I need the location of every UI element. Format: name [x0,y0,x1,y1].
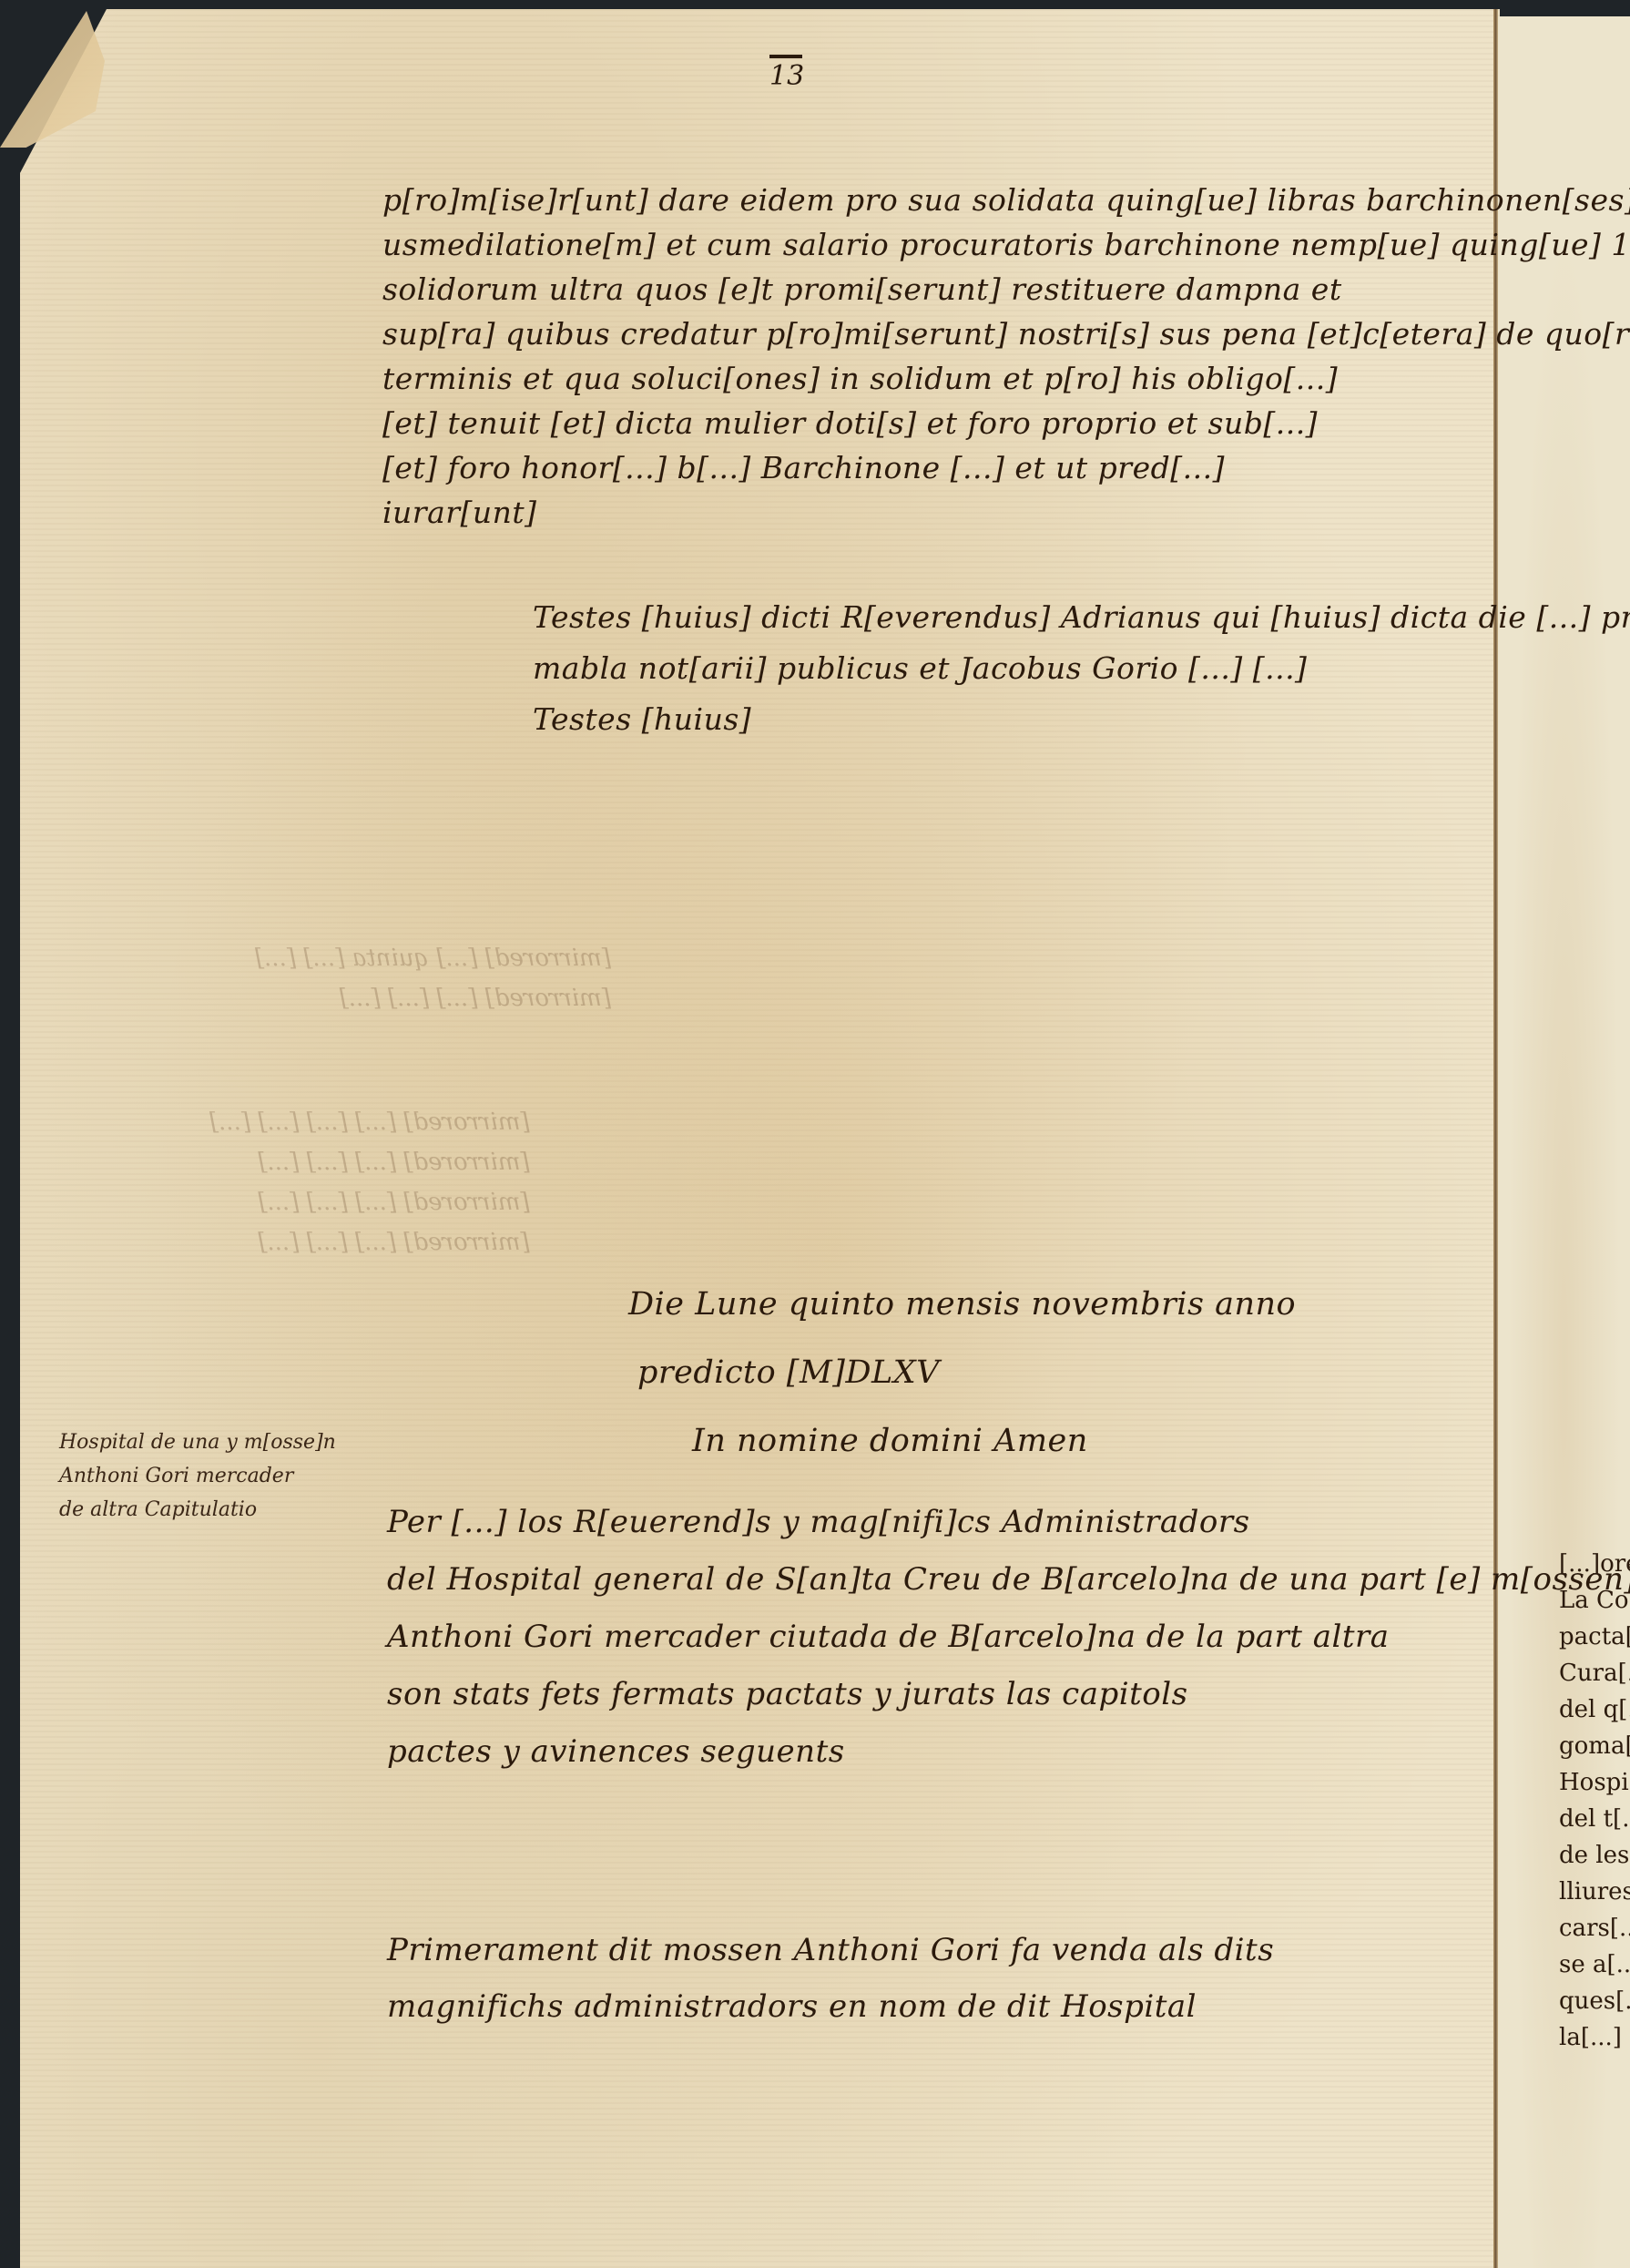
document-heading: Die Lune quinto mensis novembris anno pr… [628,1271,1296,1476]
facing-text-line: [...]ores [1559,1546,1630,1582]
text-line: iurar[unt] [382,490,1630,535]
text-line: Primerament dit mossen Anthoni Gori fa v… [387,1922,1274,1978]
bleed-through-text: [mirrored] [...] [...] [...] [...] [mirr… [209,1102,530,1262]
bleed-line: [mirrored] [...] [...] [...] [209,1182,530,1222]
text-line: Anthoni Gori mercader ciutada de B[arcel… [387,1609,1630,1666]
bleed-line: [mirrored] [...] [...] [...] [209,1222,530,1262]
facing-text-line: la[...] [1559,2019,1630,2056]
text-line: [et] foro honor[...] b[...] Barchinone [… [382,445,1630,490]
facing-text-line: Hospi[...] [1559,1764,1630,1801]
facing-text-line: La Co[...] [1559,1582,1630,1619]
facing-text-line: lliures[...] [1559,1874,1630,1910]
heading-line: predicto [M]DLXV [628,1339,1296,1407]
text-block-first-clause: Primerament dit mossen Anthoni Gori fa v… [387,1922,1274,2035]
text-line: Testes [huius] dicti R[everendus] Adrian… [533,592,1630,643]
heading-line: In nomine domini Amen [628,1407,1296,1476]
text-line: [et] tenuit [et] dicta mulier doti[s] et… [382,401,1630,445]
facing-text-line: de les[...] [1559,1837,1630,1874]
text-line: usmedilatione[m] et cum salario procurat… [382,222,1630,267]
text-block-capitulation-intro: Per [...] los R[euerend]s y mag[nifi]cs … [387,1494,1630,1781]
bleed-line: [mirrored] [...] [...] [...] [209,1142,530,1182]
facing-text-line: cars[...] [1559,1910,1630,1946]
margin-note-line: Anthoni Gori mercader [59,1459,336,1493]
text-line: p[ro]m[ise]r[unt] dare eidem pro sua sol… [382,178,1630,222]
text-block-witnesses: Testes [huius] dicti R[everendus] Adrian… [533,592,1630,745]
margin-note-line: de altra Capitulatio [59,1493,336,1527]
margin-note: Hospital de una y m[osse]n Anthoni Gori … [59,1425,336,1527]
heading-line: Die Lune quinto mensis novembris anno [628,1271,1296,1339]
text-line: sup[ra] quibus credatur p[ro]mi[serunt] … [382,312,1630,356]
facing-text-line: del t[...] [1559,1801,1630,1837]
margin-note-line: Hospital de una y m[osse]n [59,1425,336,1459]
facing-text-line: pacta[...] [1559,1619,1630,1655]
bleed-line: [mirrored] [...] [...] [...] [255,978,611,1018]
text-line: magnifichs administradors en nom de dit … [387,1978,1274,2035]
text-line: mabla not[arii] publicus et Jacobus Gori… [533,643,1630,694]
text-line: Testes [huius] [533,694,1630,745]
facing-text-line: ques[...] [1559,1983,1630,2019]
facing-text-line: Cura[...] [1559,1655,1630,1691]
bleed-line: [mirrored] [...] quinta [...] [...] [255,938,611,978]
facing-page-text: [...]ores La Co[...] pacta[...] Cura[...… [1559,1546,1630,2056]
facing-text-line: del q[...] [1559,1691,1630,1728]
text-line: Per [...] los R[euerend]s y mag[nifi]cs … [387,1494,1630,1551]
text-line: terminis et qua soluci[ones] in solidum … [382,356,1630,401]
text-line: del Hospital general de S[an]ta Creu de … [387,1551,1630,1609]
folio-number: 13 [769,55,802,92]
facing-text-line: goma[...] [1559,1728,1630,1764]
text-block-obligation: p[ro]m[ise]r[unt] dare eidem pro sua sol… [382,178,1630,535]
bleed-through-text: [mirrored] [...] quinta [...] [...] [mir… [255,938,611,1018]
text-line: son stats fets fermats pactats y jurats … [387,1666,1630,1723]
facing-text-line: se a[...] [1559,1946,1630,1983]
bleed-line: [mirrored] [...] [...] [...] [...] [209,1102,530,1142]
text-line: pactes y avinences seguents [387,1723,1630,1781]
text-line: solidorum ultra quos [e]t promi[serunt] … [382,267,1630,312]
